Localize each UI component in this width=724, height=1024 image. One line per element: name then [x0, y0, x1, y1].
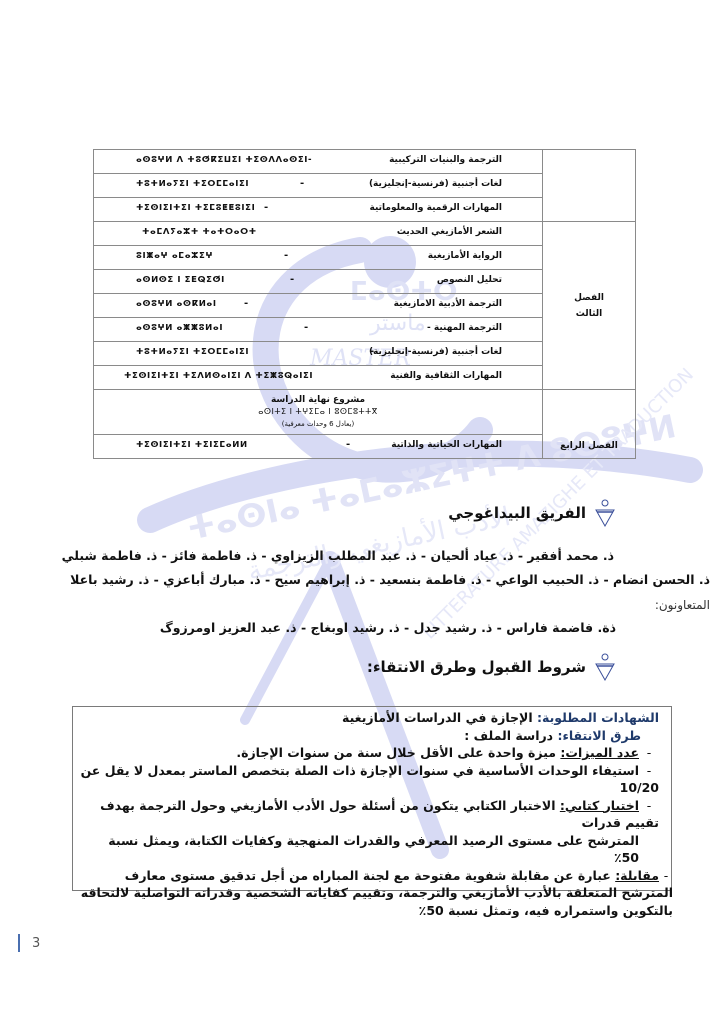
page-number: 3: [18, 934, 40, 952]
degrees-value: الإجازة في الدراسات الأمازيغية: [342, 710, 537, 725]
module-cell: الترجمة المهنية - - ⴰⵙⵓⵖⵍ ⴰⵥⵥⵓⵍⴰⵏ: [94, 318, 543, 342]
module-cell: المهارات الثقافية والفنية ⵜⵉⵙⵏⵉⵏⵜⵉⵏ ⵜⵉⴷⵍ…: [94, 366, 543, 390]
team-heading: الفريق البيداغوجي: [448, 498, 616, 528]
emblem-icon: [594, 498, 616, 528]
document-page: الترجمة والبنيات التركيبية ⴰⵙⵓⵖⵍ ⴷ ⵜⵓⵚⴽⵉ…: [0, 0, 724, 1024]
module-cell: المهارات الرقمية والمعلوماتية - ⵜⵉⵙⵏⵉⵏⵜⵉ…: [94, 198, 543, 222]
collaborators-label: المتعاونون:: [655, 598, 710, 612]
collaborators-names: ذة. فاضمة فاراس - ذ. رشيد جدل - ذ. رشيد …: [160, 620, 616, 635]
module-cell: تحليل النصوص - ⴰⵙⵍⵙⵉ ⵏ ⵉⴹⵕⵉⵚⵏ: [94, 270, 543, 294]
emblem-icon: [594, 652, 616, 682]
project-title: مشروع نهاية الدراسة: [94, 394, 542, 406]
module-tifinagh: ⵜⵉⵙⵏⵉⵏⵜⵉⵏ ⵜⵉⵏⵉⵎⴰⵍⵍ: [136, 440, 248, 450]
module-arabic: الترجمة والبنيات التركيبية: [389, 155, 502, 165]
module-cell: الشعر الأمازيغي الحديث ⵜⴰⵎⴷⵢⴰⵣⵜ ⵜⴰⵜⵔⴰⵔⵜ: [94, 222, 543, 246]
table-row: الفصل الثالث الشعر الأمازيغي الحديث ⵜⴰⵎⴷ…: [94, 222, 636, 246]
separator-dash: -: [304, 322, 308, 333]
semester-cell: الفصل الثالث: [543, 222, 636, 390]
admission-heading: شروط القبول وطرق الانتقاء:: [367, 652, 616, 682]
semester-label: الفصل الثالث: [569, 290, 609, 322]
module-arabic: لغات أجنبية (فرنسية-إنجليزية): [369, 347, 502, 357]
separator-dash: -: [264, 202, 268, 213]
team-names-line-1: ذ. محمد أفقير - ذ. عياد ألحيان - ذ. عبد …: [62, 548, 614, 563]
selection-label: طرق الانتقاء:: [557, 728, 641, 743]
module-arabic: الشعر الأمازيغي الحديث: [397, 227, 502, 237]
semester-cell: [543, 150, 636, 222]
separator-dash: -: [300, 178, 304, 189]
separator-dash: -: [346, 439, 350, 450]
criteria-item: -اختبار كتابي: الاختبار الكتابي يتكون من…: [79, 797, 659, 867]
module-tifinagh: ⴰⵙⵓⵖⵍ ⴷ ⵜⵓⵚⴽⵉⵡⵉⵏ ⵜⵉⵙⴷⴷⴰⵙⵉⵏ-: [136, 155, 312, 165]
module-cell: الترجمة الأدبية الامازيغية - ⴰⵙⵓⵖⵍ ⴰⵙⴽⵍⴰ…: [94, 294, 543, 318]
module-tifinagh: ⵜⵓⵜⵍⴰⵢⵉⵏ ⵜⵉⵔⵎⵎⴰⵏⵉⵏ: [136, 179, 249, 189]
module-arabic: المهارات الرقمية والمعلوماتية: [370, 203, 502, 213]
admission-title: شروط القبول وطرق الانتقاء:: [367, 658, 586, 676]
curriculum-table: الترجمة والبنيات التركيبية ⴰⵙⵓⵖⵍ ⴷ ⵜⵓⵚⴽⵉ…: [93, 149, 636, 459]
separator-dash: -: [284, 250, 288, 261]
admission-conditions-box: الشهادات المطلوبة: الإجازة في الدراسات ا…: [72, 706, 672, 891]
module-cell: المهارات الحياتية والذاتية - ⵜⵉⵙⵏⵉⵏⵜⵉⵏ ⵜ…: [94, 435, 543, 459]
team-title: الفريق البيداغوجي: [448, 504, 586, 522]
module-cell: لغات أجنبية (فرنسية-إنجليزية) - ⵜⵓⵜⵍⴰⵢⵉⵏ…: [94, 174, 543, 198]
separator-dash: -: [290, 274, 294, 285]
separator-dash: -: [244, 298, 248, 309]
project-cell: مشروع نهاية الدراسة ⴰⵙⵏⵜⵉ ⵏ ⵜⵖⵉⵎⴰ ⵏ ⵓⵙⵎⵓ…: [94, 390, 543, 435]
module-tifinagh: ⴰⵙⵍⵙⵉ ⵏ ⵉⴹⵕⵉⵚⵏ: [136, 275, 225, 285]
module-tifinagh: ⴰⵙⵓⵖⵍ ⴰⵥⵥⵓⵍⴰⵏ: [136, 323, 223, 333]
team-names-line-2: ذ. الحسن انضام - ذ. الحبيب الواعي - ذ. ف…: [70, 572, 710, 587]
module-cell: الرواية الأمازيغية - ⵓⵏⵥⴰⵖ ⴰⵎⴰⵣⵉⵖ: [94, 246, 543, 270]
page-number-bar: [18, 934, 20, 952]
module-arabic: الرواية الأمازيغية: [428, 251, 502, 261]
table-row: الفصل الرابع مشروع نهاية الدراسة ⴰⵙⵏⵜⵉ ⵏ…: [94, 390, 636, 435]
module-arabic: المهارات الحياتية والذاتية: [391, 440, 502, 450]
selection-line: طرق الانتقاء: دراسة الملف :: [79, 727, 659, 745]
module-arabic: المهارات الثقافية والفنية: [390, 371, 502, 381]
criteria-item: -عدد الميزات: ميزة واحدة على الأقل خلال …: [79, 744, 659, 762]
table-row: الترجمة والبنيات التركيبية ⴰⵙⵓⵖⵍ ⴷ ⵜⵓⵚⴽⵉ…: [94, 150, 636, 174]
module-cell: الترجمة والبنيات التركيبية ⴰⵙⵓⵖⵍ ⴷ ⵜⵓⵚⴽⵉ…: [94, 150, 543, 174]
project-tifinagh: ⴰⵙⵏⵜⵉ ⵏ ⵜⵖⵉⵎⴰ ⵏ ⵓⵙⵎⵓⵜⵜⴳ: [94, 406, 542, 418]
module-tifinagh: ⵜⵉⵙⵏⵉⵏⵜⵉⵏ ⵜⵉⵎⵓⵟⵟⵓⵏⵉⵏ: [136, 203, 255, 213]
module-tifinagh: ⵓⵏⵥⴰⵖ ⴰⵎⴰⵣⵉⵖ: [136, 251, 213, 261]
module-arabic: الترجمة الأدبية الامازيغية: [394, 299, 502, 309]
semester-cell: الفصل الرابع: [543, 390, 636, 459]
degrees-label: الشهادات المطلوبة:: [537, 710, 659, 725]
module-arabic: تحليل النصوص: [437, 275, 502, 285]
module-cell: لغات أجنبية (فرنسية-إنجليزية) - ⵜⵓⵜⵍⴰⵢⵉⵏ…: [94, 342, 543, 366]
degrees-line: الشهادات المطلوبة: الإجازة في الدراسات ا…: [79, 709, 659, 727]
module-arabic: لغات أجنبية (فرنسية-إنجليزية): [369, 179, 502, 189]
criteria-item: -استيفاء الوحدات الأساسية في سنوات الإجا…: [79, 762, 659, 797]
selection-value: دراسة الملف :: [464, 728, 557, 743]
module-tifinagh: ⵜⴰⵎⴷⵢⴰⵣⵜ ⵜⴰⵜⵔⴰⵔⵜ: [142, 227, 257, 237]
project-note: (يعادل 6 وحدات معرفية): [94, 418, 542, 430]
module-arabic: الترجمة المهنية -: [427, 323, 502, 333]
module-tifinagh: ⵜⵓⵜⵍⴰⵢⵉⵏ ⵜⵉⵔⵎⵎⴰⵏⵉⵏ: [136, 347, 249, 357]
module-tifinagh: ⴰⵙⵓⵖⵍ ⴰⵙⴽⵍⴰⵏ: [136, 299, 217, 309]
page-number-value: 3: [32, 936, 40, 951]
criteria-item: -مقابلة: عبارة عن مقابلة شفوية مفتوحة مع…: [79, 867, 673, 920]
module-tifinagh: ⵜⵉⵙⵏⵉⵏⵜⵉⵏ ⵜⵉⴷⵍⵙⴰⵏⵉⵏ ⴷ ⵜⵉⵥⵓⵕⴰⵏⵉⵏ: [124, 371, 313, 381]
separator-dash: -: [370, 346, 374, 357]
